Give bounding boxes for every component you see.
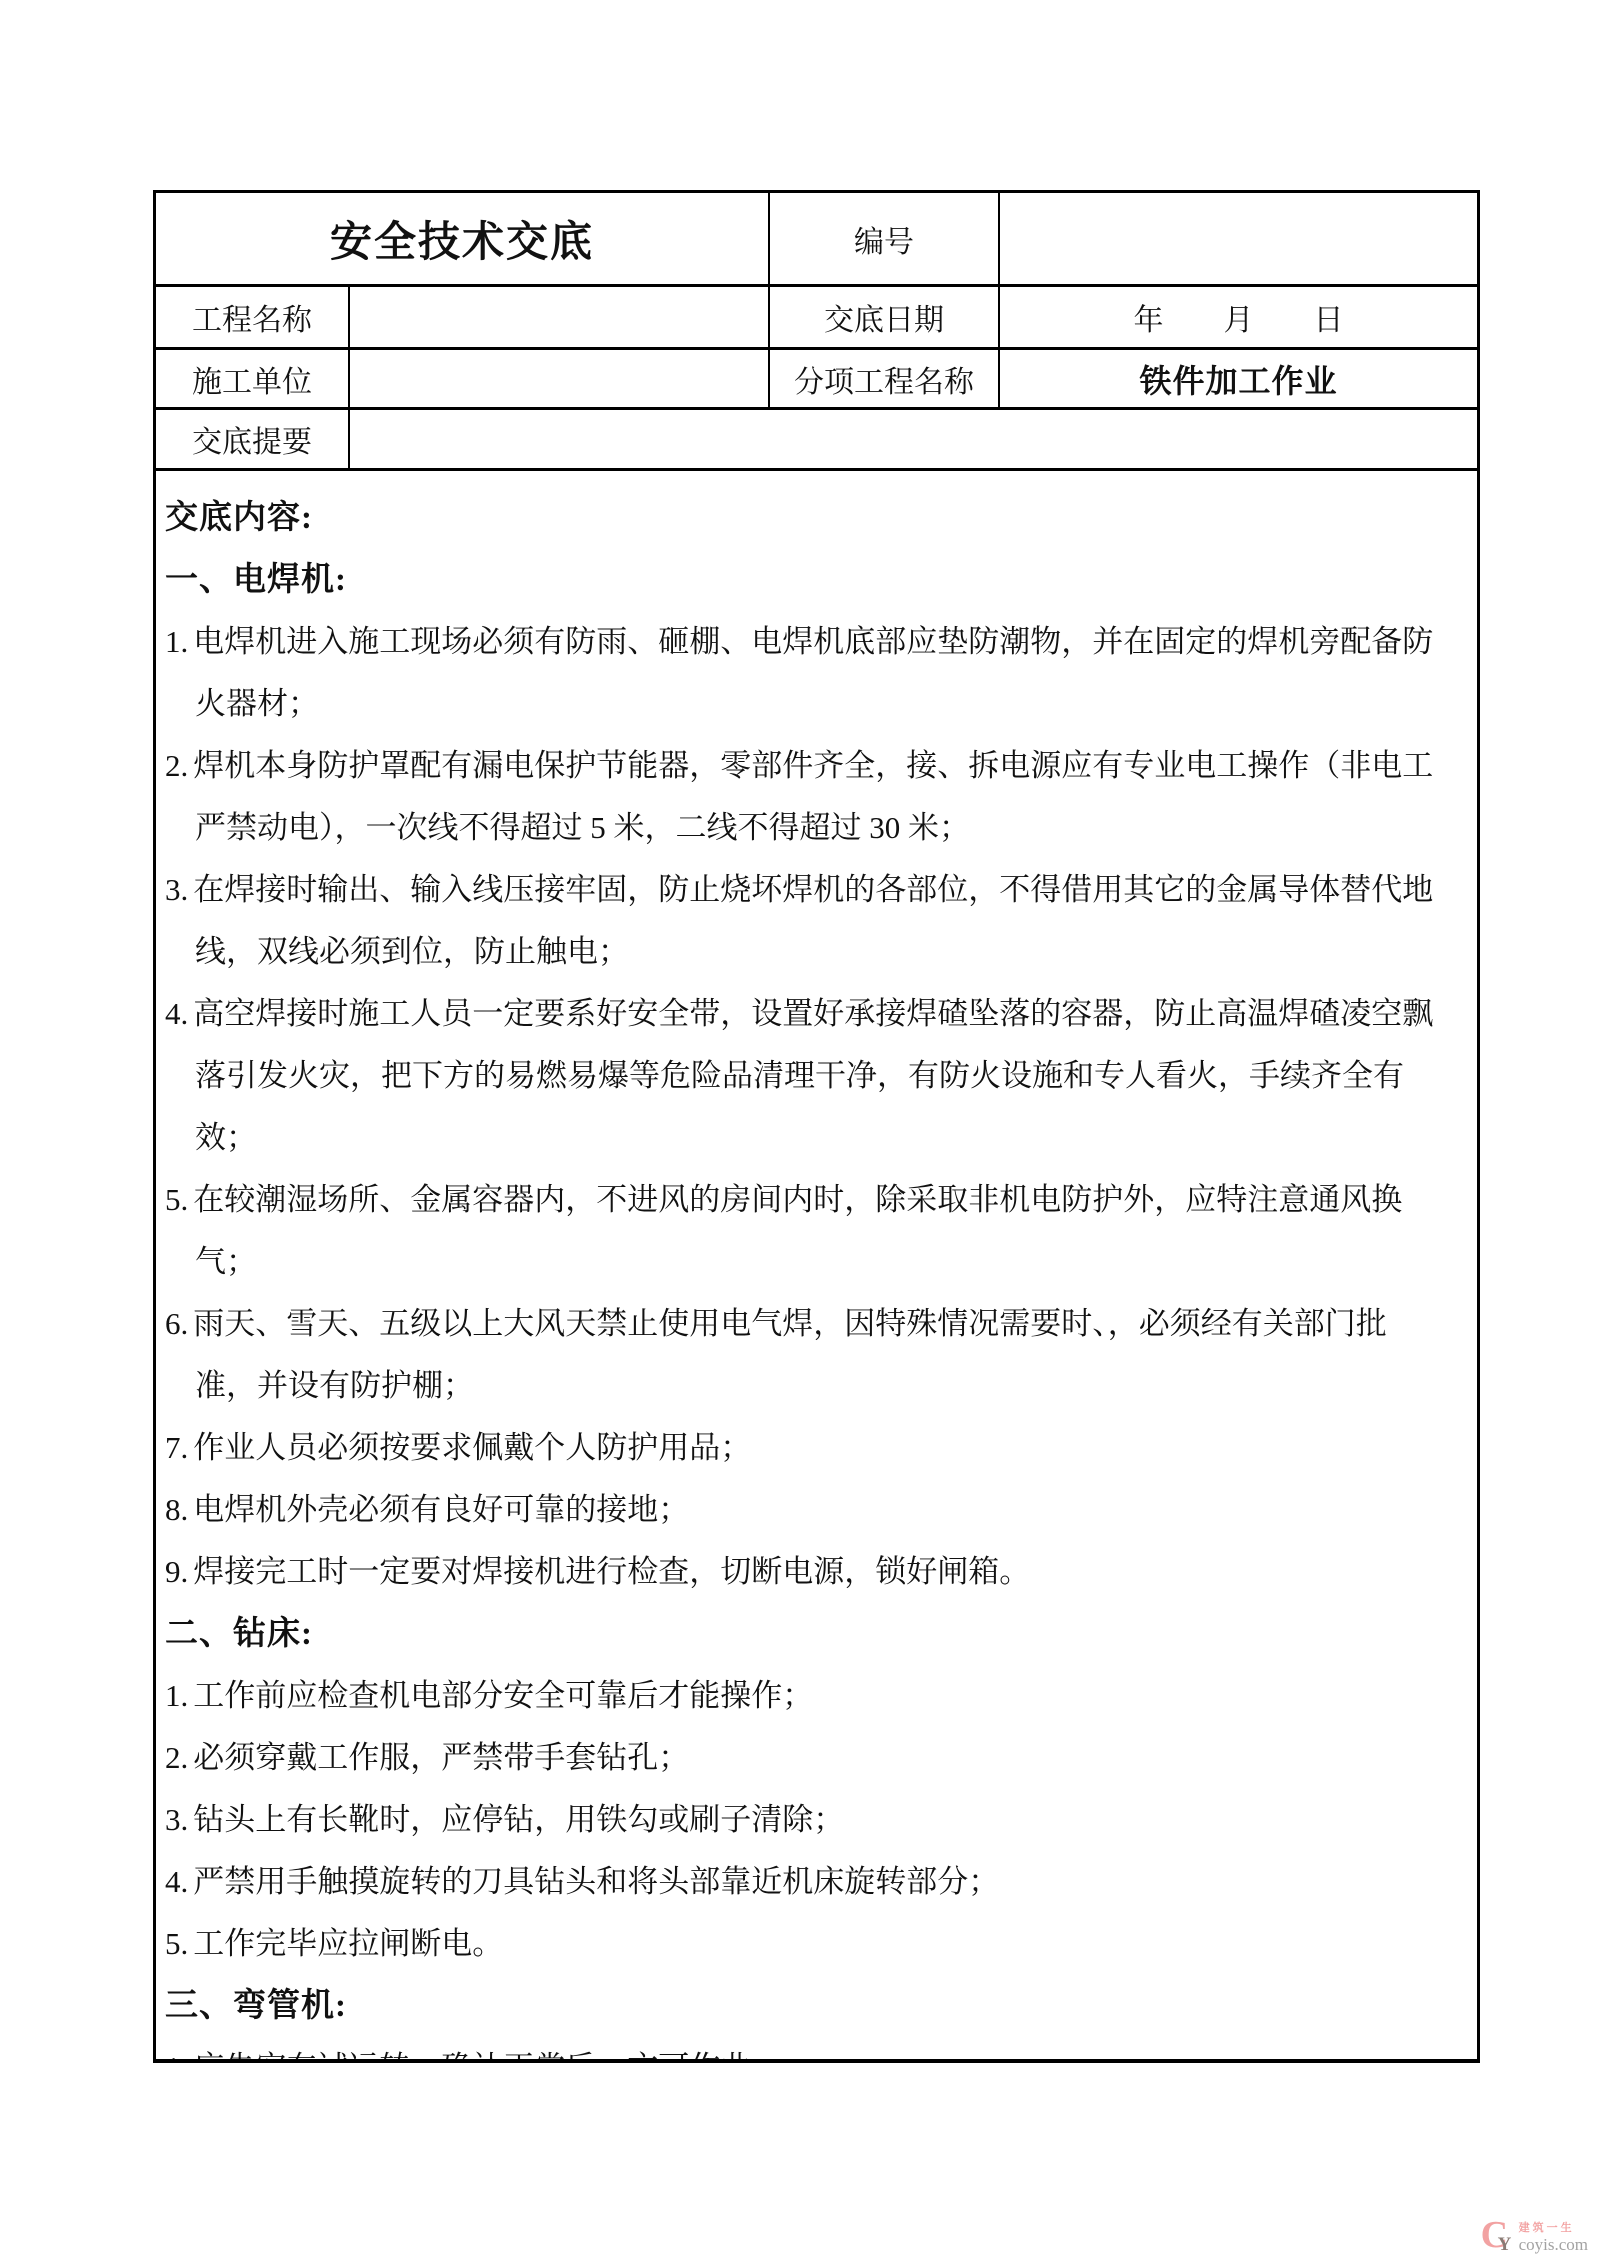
watermark-text: 建筑一生 coyis.com: [1519, 2220, 1588, 2254]
watermark: C Y 建筑一生 coyis.com: [1481, 2220, 1588, 2256]
item-number: 6.: [165, 1306, 188, 1341]
section-title-welder: 一、电焊机:: [165, 549, 1447, 611]
content-item: 7.作业人员必须按要求佩戴个人防护用品；: [165, 1417, 1447, 1479]
item-number: 5.: [165, 1182, 188, 1217]
section-title-drill: 二、钻床:: [165, 1603, 1447, 1665]
item-number: 4.: [165, 1864, 188, 1899]
number-value: [1000, 193, 1477, 284]
disclosure-content: 交底内容: 一、电焊机: 1.电焊机进入施工现场必须有防雨、砸棚、电焊机底部应垫…: [153, 471, 1480, 2063]
section-title-pipe-bender: 三、弯管机:: [165, 1975, 1447, 2037]
item-number: 9.: [165, 1554, 188, 1589]
date-label: 交底日期: [770, 287, 1000, 347]
content-item: 5.工作完毕应拉闸断电。: [165, 1913, 1447, 1975]
header-row-title: 安全技术交底 编号: [156, 193, 1477, 287]
item-text: 工作完毕应拉闸断电。: [193, 1926, 503, 1961]
summary-label: 交底提要: [156, 410, 350, 468]
item-text: 应先空车试运转，确认正常后，方可作业；: [193, 2050, 782, 2063]
item-text: 工作前应检查机电部分安全可靠后才能操作；: [193, 1678, 813, 1713]
safety-disclosure-document: 安全技术交底 编号 工程名称 交底日期 年 月 日 施工单位 分项工程名称 铁件…: [153, 190, 1480, 2063]
watermark-brand: 建筑一生: [1519, 2222, 1588, 2235]
content-item: 4.严禁用手触摸旋转的刀具钻头和将头部靠近机床旋转部分；: [165, 1851, 1447, 1913]
content-item: 8.电焊机外壳必须有良好可靠的接地；: [165, 1479, 1447, 1541]
content-item: 3.在焊接时输出、输入线压接牢固，防止烧坏焊机的各部位，不得借用其它的金属导体替…: [165, 859, 1447, 983]
content-item: 3.钻头上有长靴时，应停钻，用铁勾或刷子清除；: [165, 1789, 1447, 1851]
unit-value: [350, 350, 770, 407]
item-number: 3.: [165, 872, 188, 907]
document-title: 安全技术交底: [156, 193, 770, 284]
item-text: 严禁用手触摸旋转的刀具钻头和将头部靠近机床旋转部分；: [193, 1864, 999, 1899]
summary-value: [350, 410, 1477, 468]
content-item: 2.必须穿戴工作服，严禁带手套钻孔；: [165, 1727, 1447, 1789]
item-number: 1.: [165, 2050, 188, 2063]
coyis-logo-icon: C Y: [1481, 2220, 1515, 2256]
watermark-site: coyis.com: [1519, 2235, 1588, 2254]
item-number: 1.: [165, 1678, 188, 1713]
logo-letter-y: Y: [1498, 2234, 1512, 2256]
item-text: 雨天、雪天、五级以上大风天禁止使用电气焊，因特殊情况需要时、，必须经有关部门批准…: [193, 1306, 1387, 1403]
item-text: 焊机本身防护罩配有漏电保护节能器，零部件齐全，接、拆电源应有专业电工操作（非电工…: [193, 748, 1433, 845]
number-label: 编号: [770, 193, 1000, 284]
unit-label: 施工单位: [156, 350, 350, 407]
item-number: 2.: [165, 748, 188, 783]
header-table: 安全技术交底 编号 工程名称 交底日期 年 月 日 施工单位 分项工程名称 铁件…: [153, 190, 1480, 471]
item-number: 1.: [165, 624, 188, 659]
content-item: 1.电焊机进入施工现场必须有防雨、砸棚、电焊机底部应垫防潮物，并在固定的焊机旁配…: [165, 611, 1447, 735]
content-heading: 交底内容:: [165, 487, 1447, 549]
item-text: 焊接完工时一定要对焊接机进行检查，切断电源，锁好闸箱。: [193, 1554, 1030, 1589]
date-value: 年 月 日: [1000, 287, 1477, 347]
content-item: 2.焊机本身防护罩配有漏电保护节能器，零部件齐全，接、拆电源应有专业电工操作（非…: [165, 735, 1447, 859]
item-number: 4.: [165, 996, 188, 1031]
header-row-summary: 交底提要: [156, 410, 1477, 471]
item-text: 必须穿戴工作服，严禁带手套钻孔；: [193, 1740, 689, 1775]
item-text: 电焊机进入施工现场必须有防雨、砸棚、电焊机底部应垫防潮物，并在固定的焊机旁配备防…: [193, 624, 1433, 721]
content-item: 6.雨天、雪天、五级以上大风天禁止使用电气焊，因特殊情况需要时、，必须经有关部门…: [165, 1293, 1447, 1417]
item-number: 5.: [165, 1926, 188, 1961]
item-text: 在焊接时输出、输入线压接牢固，防止烧坏焊机的各部位，不得借用其它的金属导体替代地…: [193, 872, 1433, 969]
subproject-label: 分项工程名称: [770, 350, 1000, 407]
content-item: 4.高空焊接时施工人员一定要系好安全带，设置好承接焊碴坠落的容器，防止高温焊碴凌…: [165, 983, 1447, 1169]
item-number: 7.: [165, 1430, 188, 1465]
content-item: 1.应先空车试运转，确认正常后，方可作业；: [165, 2037, 1447, 2063]
item-text: 钻头上有长靴时，应停钻，用铁勾或刷子清除；: [193, 1802, 844, 1837]
header-row-unit: 施工单位 分项工程名称 铁件加工作业: [156, 350, 1477, 410]
item-number: 3.: [165, 1802, 188, 1837]
item-text: 高空焊接时施工人员一定要系好安全带，设置好承接焊碴坠落的容器，防止高温焊碴凌空飘…: [193, 996, 1433, 1155]
content-item: 9.焊接完工时一定要对焊接机进行检查，切断电源，锁好闸箱。: [165, 1541, 1447, 1603]
content-item: 1.工作前应检查机电部分安全可靠后才能操作；: [165, 1665, 1447, 1727]
item-number: 8.: [165, 1492, 188, 1527]
content-item: 5.在较潮湿场所、金属容器内，不进风的房间内时，除采取非机电防护外，应特注意通风…: [165, 1169, 1447, 1293]
item-text: 电焊机外壳必须有良好可靠的接地；: [193, 1492, 689, 1527]
project-name-label: 工程名称: [156, 287, 350, 347]
item-text: 在较潮湿场所、金属容器内，不进风的房间内时，除采取非机电防护外，应特注意通风换气…: [193, 1182, 1402, 1279]
item-number: 2.: [165, 1740, 188, 1775]
item-text: 作业人员必须按要求佩戴个人防护用品；: [193, 1430, 751, 1465]
project-name-value: [350, 287, 770, 347]
subproject-value: 铁件加工作业: [1000, 350, 1477, 407]
header-row-project: 工程名称 交底日期 年 月 日: [156, 287, 1477, 350]
